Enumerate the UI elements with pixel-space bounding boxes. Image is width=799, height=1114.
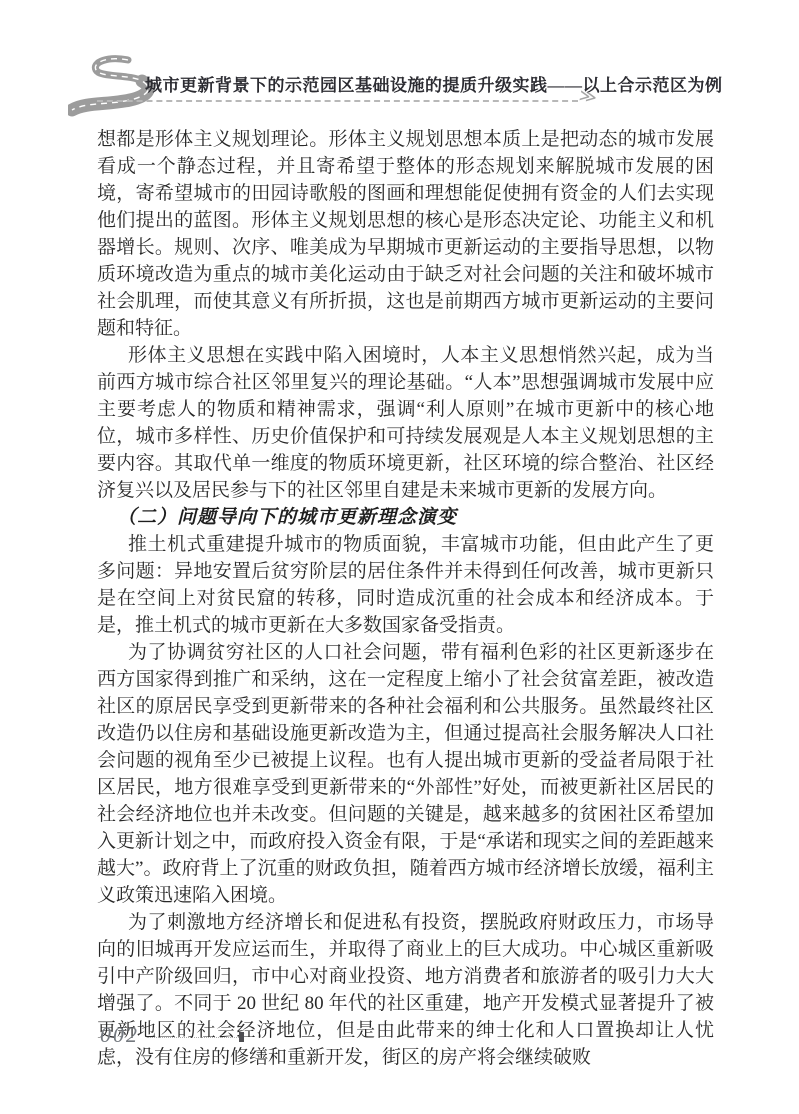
- body-paragraph: 为了刺激地方经济增长和促进私有投资，摆脱政府财政压力，市场导向的旧城再开发应运而…: [97, 909, 714, 1071]
- chevrons-icon: ≫: [577, 86, 598, 109]
- body-paragraph: 形体主义思想在实践中陷入困境时，人本主义思想悄然兴起，成为当前西方城市综合社区邻…: [97, 342, 714, 504]
- page-number: 002: [100, 1024, 139, 1046]
- section-heading: （二）问题导向下的城市更新理念演变: [97, 504, 714, 531]
- page-footer: 002: [100, 1024, 244, 1046]
- footer-divider: [147, 1037, 239, 1038]
- body-paragraph: 为了协调贫穷社区的人口社会问题，带有福利色彩的社区更新逐步在西方国家得到推广和采…: [97, 639, 714, 909]
- running-head-title: 城市更新背景下的示范园区基础设施的提质升级实践——以上合示范区为例: [145, 71, 705, 96]
- body-paragraph: 想都是形体主义规划理论。形体主义规划思想本质上是把动态的城市发展看成一个静态过程…: [97, 126, 714, 342]
- header-divider: [97, 100, 578, 102]
- footer-end-cap: [239, 1032, 244, 1042]
- page-body: 想都是形体主义规划理论。形体主义规划思想本质上是把动态的城市发展看成一个静态过程…: [97, 126, 714, 1071]
- body-paragraph: 推土机式重建提升城市的物质面貌，丰富城市功能，但由此产生了更多问题：异地安置后贫…: [97, 531, 714, 639]
- book-page: 城市更新背景下的示范园区基础设施的提质升级实践——以上合示范区为例 ≫ 想都是形…: [0, 0, 799, 1114]
